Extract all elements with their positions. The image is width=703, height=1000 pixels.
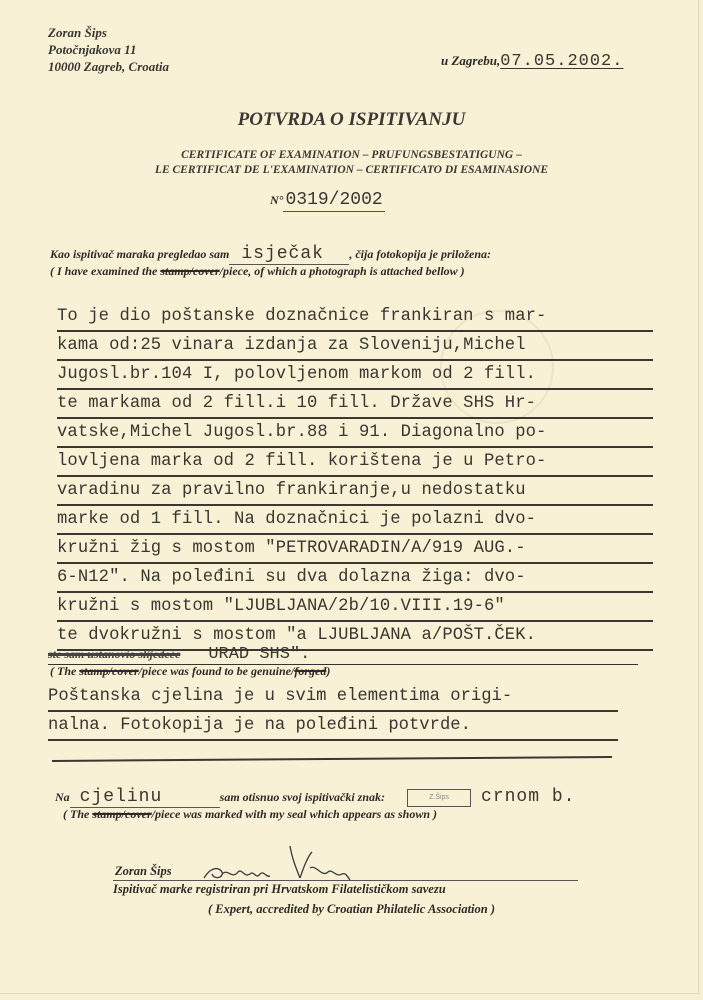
examined-value: isječak — [229, 244, 349, 265]
date-value: 07.05.2002 — [500, 52, 612, 71]
place-label: u Zagrebu, — [441, 53, 500, 68]
expert-registration-en: ( Expert, accredited by Croatian Philate… — [0, 902, 703, 917]
subtitle-line-1: CERTIFICATE OF EXAMINATION – PRUFUNGSBES… — [0, 148, 703, 163]
number-label: N° — [270, 193, 283, 207]
found-en-struck-1: stamp/cover — [79, 664, 138, 678]
seal-en-prefix: ( The — [63, 807, 92, 821]
seal-middle: sam otisnuo svoj ispitivački znak: — [220, 790, 385, 804]
certificate-page: Zoran Šips Potočnjakova 11 10000 Zagreb,… — [0, 0, 699, 994]
examined-prefix: Kao ispitivač maraka pregledao sam — [50, 247, 229, 261]
seal-line: Nacjelinusam otisnuo svoj ispitivački zn… — [55, 787, 575, 808]
place-date: u Zagrebu,07.05.2002. — [441, 52, 623, 71]
conclusion-line: nalna. Fotokopija je na poleđini potvrde… — [48, 712, 618, 741]
found-continuation: URAD SHS". — [208, 645, 310, 664]
seal-en-struck: stamp/cover — [92, 807, 151, 821]
expert-registration-hr: Ispitivač marke registriran pri Hrvatsko… — [113, 882, 446, 897]
found-line: ste sam ustanovio slijedećeURAD SHS". — [48, 645, 638, 665]
seal-en-suffix: /piece was marked with my seal which app… — [152, 807, 437, 821]
description-line: kama od:25 vinara izdanja za Sloveniju,M… — [57, 332, 653, 361]
description-line: varadinu za pravilno frankiranje,u nedos… — [57, 477, 653, 506]
description-line: Jugosl.br.104 I, polovljenom markom od 2… — [57, 361, 653, 390]
number-value: 0319/2002 — [283, 190, 384, 212]
description-line: te markama od 2 fill.i 10 fill. Države S… — [57, 390, 653, 419]
description-line: marke od 1 fill. Na doznačnici je polazn… — [57, 506, 653, 535]
examined-en-prefix: ( I have examined the — [50, 264, 160, 278]
description-line: 6-N12". Na poleđini su dva dolazna žiga:… — [57, 564, 653, 593]
page-title: POTVRDA O ISPITIVANJU — [0, 109, 703, 131]
seal-ink: crnom b. — [481, 787, 575, 807]
found-en-mid: /piece was found to be genuine/ — [139, 664, 295, 678]
signature-rule — [113, 880, 578, 881]
description-line: To je dio poštanske doznačnice frankiran… — [57, 303, 653, 332]
sender-city: 10000 Zagreb, Croatia — [48, 58, 169, 75]
examined-suffix: , čija fotokopija je priložena: — [349, 247, 491, 261]
sender-address: Zoran Šips Potočnjakova 11 10000 Zagreb,… — [48, 24, 169, 75]
subtitle: CERTIFICATE OF EXAMINATION – PRUFUNGSBES… — [0, 148, 703, 178]
found-english: ( The stamp/cover/piece was found to be … — [50, 664, 330, 679]
found-struck-heading: ste sam ustanovio slijedeće — [48, 647, 180, 661]
found-en-suffix: ) — [326, 664, 330, 678]
subtitle-line-2: LE CERTIFICAT DE L'EXAMINATION – CERTIFI… — [0, 163, 703, 178]
conclusion-text: Poštanska cjelina je u svim elementima o… — [48, 683, 618, 741]
found-en-struck-2: forged — [294, 664, 326, 678]
sender-street: Potočnjakova 11 — [48, 41, 169, 58]
found-en-prefix: ( The — [50, 664, 79, 678]
certificate-number: N°0319/2002 — [270, 190, 385, 210]
seal-english: ( The stamp/cover/piece was marked with … — [63, 807, 437, 822]
seal-stamp-box: Z.Šips — [407, 789, 471, 807]
description-line: lovljena marka od 2 fill. korištena je u… — [57, 448, 653, 477]
blank-rule — [52, 756, 612, 762]
conclusion-line: Poštanska cjelina je u svim elementima o… — [48, 683, 618, 712]
sender-name: Zoran Šips — [48, 24, 169, 41]
examined-line: Kao ispitivač maraka pregledao samisječa… — [50, 244, 491, 265]
description-line: kružni s mostom "LJUBLJANA/2b/10.VIII.19… — [57, 593, 653, 622]
signatory-name: Zoran Šips — [115, 864, 172, 879]
description-text: To je dio poštanske doznačnice frankiran… — [57, 303, 657, 651]
seal-prefix: Na — [55, 790, 70, 804]
examined-english: ( I have examined the stamp/cover/piece,… — [50, 264, 465, 279]
examined-en-suffix: /piece, of which a photograph is attache… — [220, 264, 465, 278]
seal-value: cjelinu — [70, 787, 220, 808]
examined-en-struck: stamp/cover — [160, 264, 219, 278]
description-line: vatske,Michel Jugosl.br.88 i 91. Diagona… — [57, 419, 653, 448]
description-line: kružni žig s mostom "PETROVARADIN/A/919 … — [57, 535, 653, 564]
date-trailing: . — [612, 52, 623, 71]
